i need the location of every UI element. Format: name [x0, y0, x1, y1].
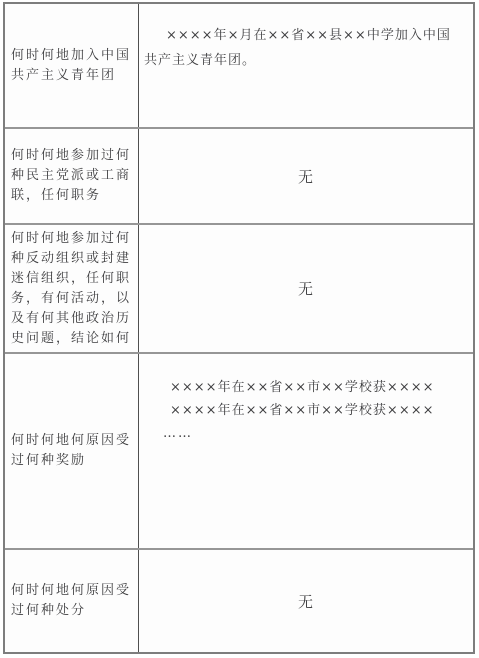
table-row-rewards: 何时何地何原因受过何种奖励 ××××年在××省××市××学校获×××× ××××… [5, 354, 473, 550]
question-text: 何时何地何原因受过何种奖励 [11, 431, 133, 471]
table-row-youth-league: 何时何地加入中国共产主义青年团 ××××年×月在××省××县××中学加入中国 共… [5, 4, 473, 129]
question-text: 何时何地何原因受过何种处分 [11, 581, 133, 621]
table-row-democratic-parties: 何时何地参加过何种民主党派或工商联，任何职务 无 [5, 129, 473, 225]
answer-text: 无 [298, 166, 314, 187]
table-row-punishments: 何时何地何原因受过何种处分 无 [5, 550, 473, 652]
answer-cell: 无 [139, 550, 473, 652]
answer-text: 无 [298, 591, 314, 612]
question-cell: 何时何地加入中国共产主义青年团 [5, 4, 139, 127]
question-text: 何时何地参加过何种民主党派或工商联，任何职务 [11, 146, 133, 206]
personal-history-form-table: 何时何地加入中国共产主义青年团 ××××年×月在××省××县××中学加入中国 共… [3, 2, 475, 654]
answer-cell: ××××年在××省××市××学校获×××× ××××年在××省××市××学校获×… [139, 354, 473, 548]
question-cell: 何时何地参加过何种反动组织或封建迷信组织，任何职务，有何活动，以及有何其他政治历… [5, 225, 139, 352]
question-cell: 何时何地参加过何种民主党派或工商联，任何职务 [5, 129, 139, 223]
answer-line: …… [163, 422, 473, 445]
question-cell: 何时何地何原因受过何种奖励 [5, 354, 139, 548]
answer-line: ××××年在××省××市××学校获×××× [163, 399, 473, 422]
question-cell: 何时何地何原因受过何种处分 [5, 550, 139, 652]
question-text: 何时何地加入中国共产主义青年团 [11, 46, 133, 86]
question-text: 何时何地参加过何种反动组织或封建迷信组织，任何职务，有何活动，以及有何其他政治历… [11, 229, 133, 349]
table-row-reactionary-organizations: 何时何地参加过何种反动组织或封建迷信组织，任何职务，有何活动，以及有何其他政治历… [5, 225, 473, 354]
answer-line: ××××年×月在××省××县××中学加入中国 [144, 23, 473, 48]
answer-text: 无 [298, 278, 314, 299]
answer-cell: ××××年×月在××省××县××中学加入中国 共产主义青年团。 [139, 4, 473, 127]
answer-cell: 无 [139, 225, 473, 352]
answer-cell: 无 [139, 129, 473, 223]
answer-line: ××××年在××省××市××学校获×××× [163, 376, 473, 399]
answer-line: 共产主义青年团。 [144, 48, 473, 73]
